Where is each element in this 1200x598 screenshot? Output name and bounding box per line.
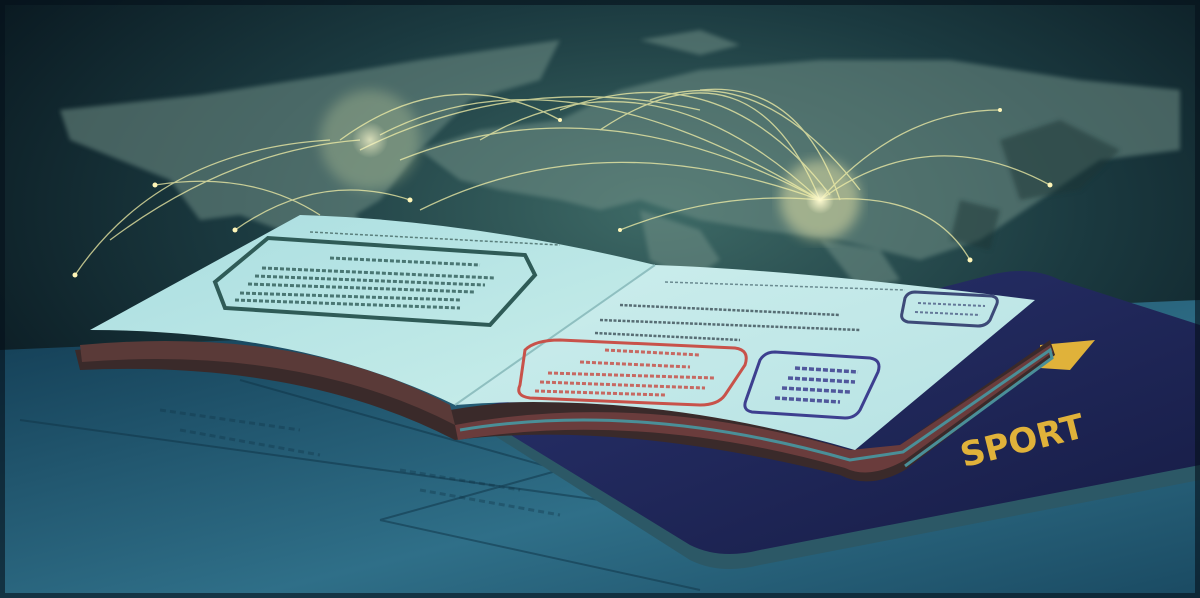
passport-travel-scene: SPORT xyxy=(0,0,1200,598)
scene-illustration: SPORT xyxy=(0,0,1200,598)
